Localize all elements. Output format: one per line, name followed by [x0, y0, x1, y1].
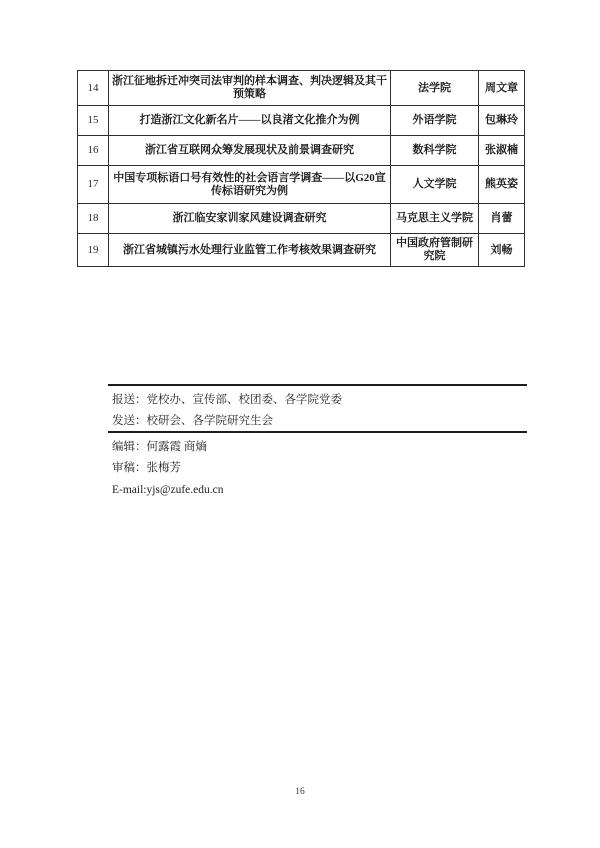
row-number: 19	[78, 234, 109, 267]
college-cell: 中国政府管制研究院	[391, 234, 479, 267]
project-title: 打造浙江文化新名片——以良渚文化推介为例	[109, 106, 391, 136]
project-title: 浙江省城镇污水处理行业监管工作考核效果调查研究	[109, 234, 391, 267]
college-cell: 马克思主义学院	[391, 204, 479, 234]
row-number: 16	[78, 136, 109, 166]
divider-top	[108, 384, 527, 386]
project-title: 浙江征地拆迁冲突司法审判的样本调查、判决逻辑及其干预策略	[109, 71, 391, 106]
row-number: 18	[78, 204, 109, 234]
project-title: 浙江临安家训家风建设调查研究	[109, 204, 391, 234]
college-cell: 数科学院	[391, 136, 479, 166]
row-number: 15	[78, 106, 109, 136]
projects-table: 14 浙江征地拆迁冲突司法审判的样本调查、判决逻辑及其干预策略 法学院 周文章 …	[77, 70, 525, 267]
table-row: 19 浙江省城镇污水处理行业监管工作考核效果调查研究 中国政府管制研究院 刘畅	[78, 234, 525, 267]
document-page: 14 浙江征地拆迁冲突司法审判的样本调查、判决逻辑及其干预策略 法学院 周文章 …	[0, 0, 600, 848]
page-number: 16	[0, 787, 600, 797]
report-to-line: 报送：党校办、宣传部、校团委、各学院党委	[112, 393, 527, 408]
college-cell: 人文学院	[391, 166, 479, 204]
college-cell: 法学院	[391, 71, 479, 106]
table-row: 15 打造浙江文化新名片——以良渚文化推介为例 外语学院 包琳玲	[78, 106, 525, 136]
person-name-cell: 肖蕾	[479, 204, 525, 234]
person-name-cell: 周文章	[479, 71, 525, 106]
person-name-cell: 包琳玲	[479, 106, 525, 136]
person-name-cell: 张淑楠	[479, 136, 525, 166]
table-row: 17 中国专项标语口号有效性的社会语言学调查——以G20宣传标语研究为例 人文学…	[78, 166, 525, 204]
email-line: E-mail:yjs@zufe.edu.cn	[112, 483, 527, 498]
person-name-cell: 熊英姿	[479, 166, 525, 204]
college-cell: 外语学院	[391, 106, 479, 136]
row-number: 17	[78, 166, 109, 204]
send-to-line: 发送：校研会、各学院研究生会	[112, 414, 527, 429]
row-number: 14	[78, 71, 109, 106]
table-row: 16 浙江省互联网众筹发展现状及前景调查研究 数科学院 张淑楠	[78, 136, 525, 166]
reviewer-line: 审稿：张梅芳	[112, 461, 527, 476]
divider-middle	[108, 431, 527, 433]
project-title: 浙江省互联网众筹发展现状及前景调查研究	[109, 136, 391, 166]
table-row: 18 浙江临安家训家风建设调查研究 马克思主义学院 肖蕾	[78, 204, 525, 234]
project-title: 中国专项标语口号有效性的社会语言学调查——以G20宣传标语研究为例	[109, 166, 391, 204]
person-name-cell: 刘畅	[479, 234, 525, 267]
editor-line: 编辑：何露霞 商熵	[112, 440, 527, 455]
table-row: 14 浙江征地拆迁冲突司法审判的样本调查、判决逻辑及其干预策略 法学院 周文章	[78, 71, 525, 106]
